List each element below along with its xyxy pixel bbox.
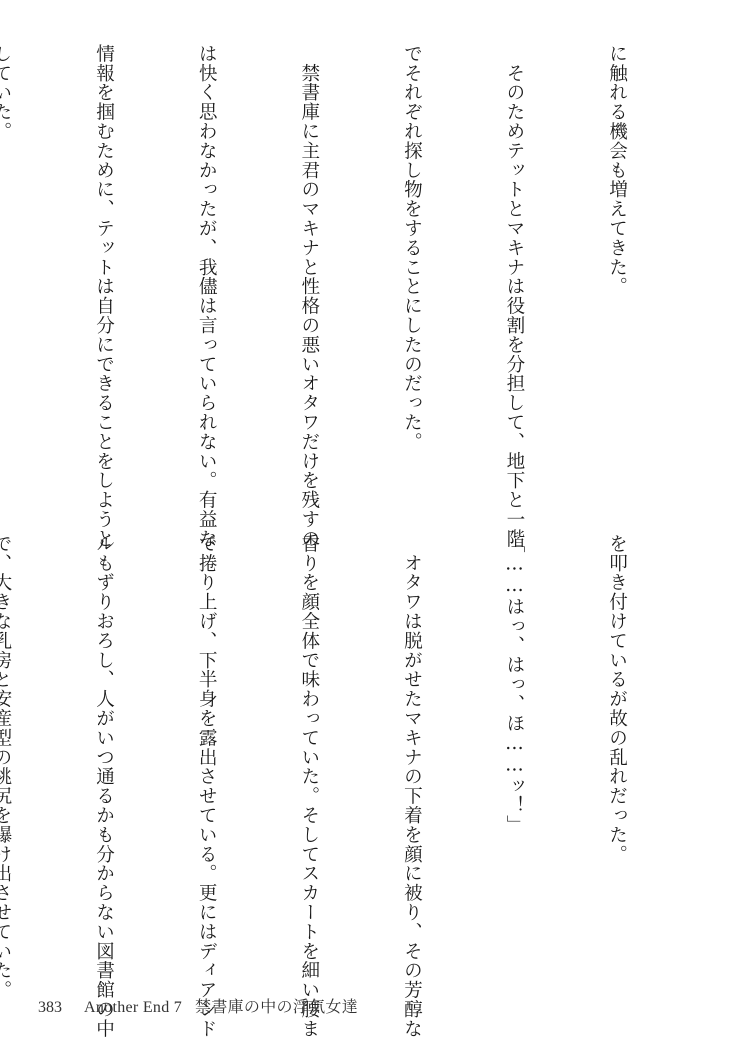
text-line: を叩き付けているが故の乱れだった。 xyxy=(599,534,633,974)
text-line: で、大きな乳房と安産型の桃尻を曝け出させていた。 xyxy=(0,534,18,974)
text-block-top: に触れる機会も増えてきた。 そのためテットとマキナは役割を分担して、地下と一階 … xyxy=(0,44,702,506)
text-line: 「……はっ、はっ、ほ……ッ！」 xyxy=(497,534,531,974)
text-line: そのためテットとマキナは役割を分担して、地下と一階 xyxy=(497,44,531,506)
text-line: は快く思わなかったが、我儘は言っていられない。有益な xyxy=(189,44,223,506)
text-block-bottom: を叩き付けているが故の乱れだった。 「……はっ、はっ、ほ……ッ！」 オタワは脱が… xyxy=(0,534,702,974)
text-line: 禁書庫に主君のマキナと性格の悪いオタワだけを残すの xyxy=(292,44,326,506)
chapter-heading: Another End 7 禁書庫の中の浮気女達 xyxy=(84,994,358,1017)
page-footer: 383 Another End 7 禁書庫の中の浮気女達 xyxy=(38,994,358,1017)
chapter-label: Another End 7 xyxy=(84,999,182,1016)
text-line: に触れる機会も増えてきた。 xyxy=(599,44,633,506)
text-line: で捲り上げ、下半身を露出させている。更にはディアンド xyxy=(189,534,223,974)
page-number: 383 xyxy=(38,999,62,1017)
text-line: 香りを顔全体で味わっていた。そしてスカートを細い腰ま xyxy=(292,534,326,974)
chapter-title: 禁書庫の中の浮気女達 xyxy=(195,999,358,1016)
text-line: していた。 xyxy=(0,44,18,506)
text-line: ルもずりおろし、人がいつ通るかも分からない図書館の中 xyxy=(86,534,120,974)
text-line: でそれぞれ探し物をすることにしたのだった。 xyxy=(394,44,428,506)
text-line: オタワは脱がせたマキナの下着を顔に被り、その芳醇な xyxy=(394,534,428,974)
text-line: 情報を掴むために、テットは自分にできることをしようと xyxy=(86,44,120,506)
